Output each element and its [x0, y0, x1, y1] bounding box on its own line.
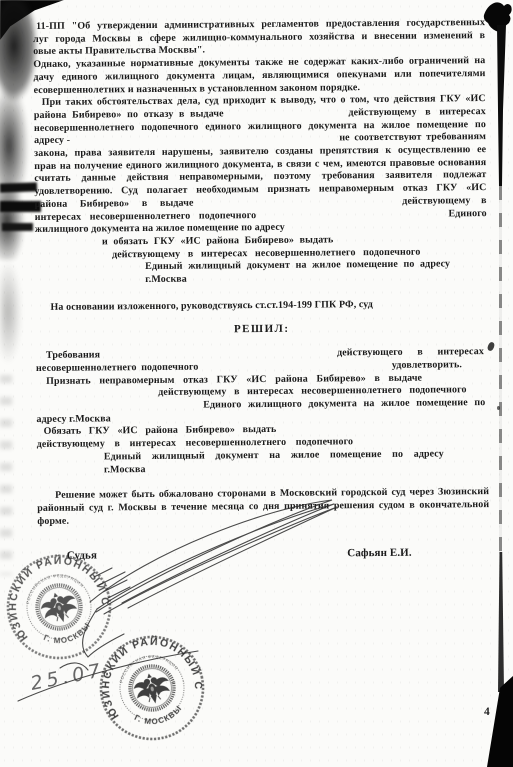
court-round-stamp-2	[89, 625, 215, 749]
scanned-court-decision-page: 11-ПП "Об утверждении административных р…	[0, 0, 513, 767]
stamps-and-signature-layer: ЗЮЗИНСКИЙ РАЙОННЫЙ СУД Г. МОСКВЫ РОССИЙС…	[0, 0, 513, 767]
page-number: 4	[484, 706, 490, 718]
